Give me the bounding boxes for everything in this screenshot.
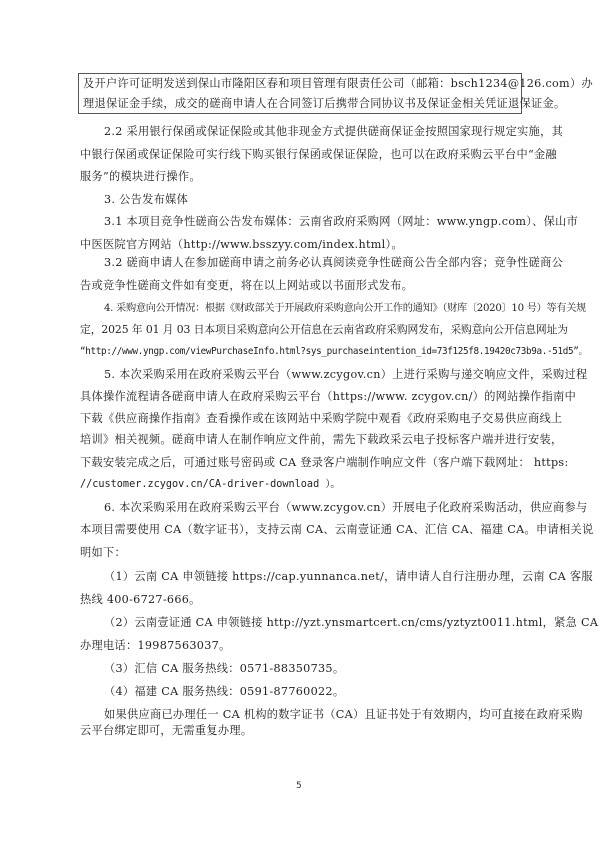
s3-2-line-1: 3.2 磋商申请人在参加磋商申请之前务必认真阅读竞争性磋商公告全部内容；竞争性磋… (104, 255, 563, 271)
s5-line-6: //customer.zcygov.cn/CA-driver-download … (80, 477, 341, 493)
page-number: 5 (296, 781, 302, 791)
box-line-1: 及开户许可证明发送到保山市隆阳区春和项目管理有限责任公司（邮箱：bsch1234… (83, 74, 521, 94)
s5-line-3: 下载《供应商操作指南》查看操作或在该网站中采购学院中观看《政府采购电子交易供应商… (80, 411, 562, 427)
ca-note-line-1: 如果供应商已办理任一 CA 机构的数字证书（CA）且证书处于有效期内，均可直接在… (104, 707, 583, 723)
ca-item-1-line-2: 热线 400-6727-666。 (80, 592, 201, 608)
s3-1-line-2: 中医医院官方网站（http://www.bsszyy.com/index.htm… (80, 237, 403, 253)
ca-item-2-line-1: （2）云南壹证通 CA 申领链接 http://yzt.ynsmartcert.… (104, 615, 598, 631)
document-page: 及开户许可证明发送到保山市隆阳区春和项目管理有限责任公司（邮箱：bsch1234… (0, 0, 600, 848)
ca-item-4: （4）福建 CA 服务热线：0591-87760022。 (104, 684, 344, 700)
s5-line-4: 培训》相关视频。磋商申请人在制作响应文件前，需先下载政采云电子投标客户端并进行安… (80, 432, 562, 448)
s6-line-2: 本项目需要使用 CA（数字证书），支持云南 CA、云南壹证通 CA、汇信 CA、… (80, 522, 593, 538)
s4-line-2: 定，2025 年 01 月 03 日本项目采购意向公开信息在云南省政府采购网发布… (80, 322, 568, 338)
s2-2-line-1: 2.2 采用银行保函或保证保险或其他非现金方式提供磋商保证金按照国家现行规定实施… (104, 124, 563, 140)
s4-line-3-url: “http://www.yngp.com/viewPurchaseInfo.ht… (80, 344, 587, 360)
ca-item-2-line-2: 办理电话：19987563037。 (80, 638, 231, 654)
s3-1-line-1: 3.1 本项目竞争性磋商公告发布媒体：云南省政府采购网（网址：www.yngp.… (104, 214, 578, 230)
ca-item-3: （3）汇信 CA 服务热线：0571-88350735。 (104, 661, 344, 677)
s2-2-line-2: 中银行保函或保证保险可实行线下购买银行保函或保证保险，也可以在政府采购云平台中“… (80, 147, 557, 163)
s5-line-5: 下载安装完成之后，可通过账号密码或 CA 登录客户端制作响应文件（客户端下载网址… (80, 455, 569, 471)
s5-line-2: 具体操作流程请各磋商申请人在政府采购云平台（https://www. zcygo… (80, 389, 576, 405)
s5-line-1: 5. 本次采购采用在政府采购云平台（www.zcygov.cn）上进行采购与递交… (104, 367, 587, 383)
ca-note-line-2: 云平台绑定即可，无需重复办理。 (80, 723, 252, 739)
ca-item-1-line-1: （1）云南 CA 申领链接 https://cap.yunnanca.net/，… (104, 569, 593, 585)
s6-line-3: 明如下： (80, 545, 126, 561)
s4-line-1: 4. 采购意向公开情况：根据《财政部关于开展政府采购意向公开工作的通知》（财库〔… (104, 301, 586, 317)
box-line-2: 理退保证金手续，成交的磋商申请人在合同签订后携带合同协议书及保证金相关凭证退保证… (83, 94, 521, 114)
deposit-refund-box: 及开户许可证明发送到保山市隆阳区春和项目管理有限责任公司（邮箱：bsch1234… (78, 73, 522, 114)
s6-line-1: 6. 本次采购采用在政府采购云平台（www.zcygov.cn）开展电子化政府采… (104, 500, 587, 516)
s3-title: 3. 公告发布媒体 (104, 192, 188, 208)
s3-2-line-2: 告或竞争性磋商文件如有变更，将在以上网站或以书面形式发布。 (80, 278, 413, 294)
s2-2-line-3: 服务”的模块进行操作。 (80, 169, 201, 185)
